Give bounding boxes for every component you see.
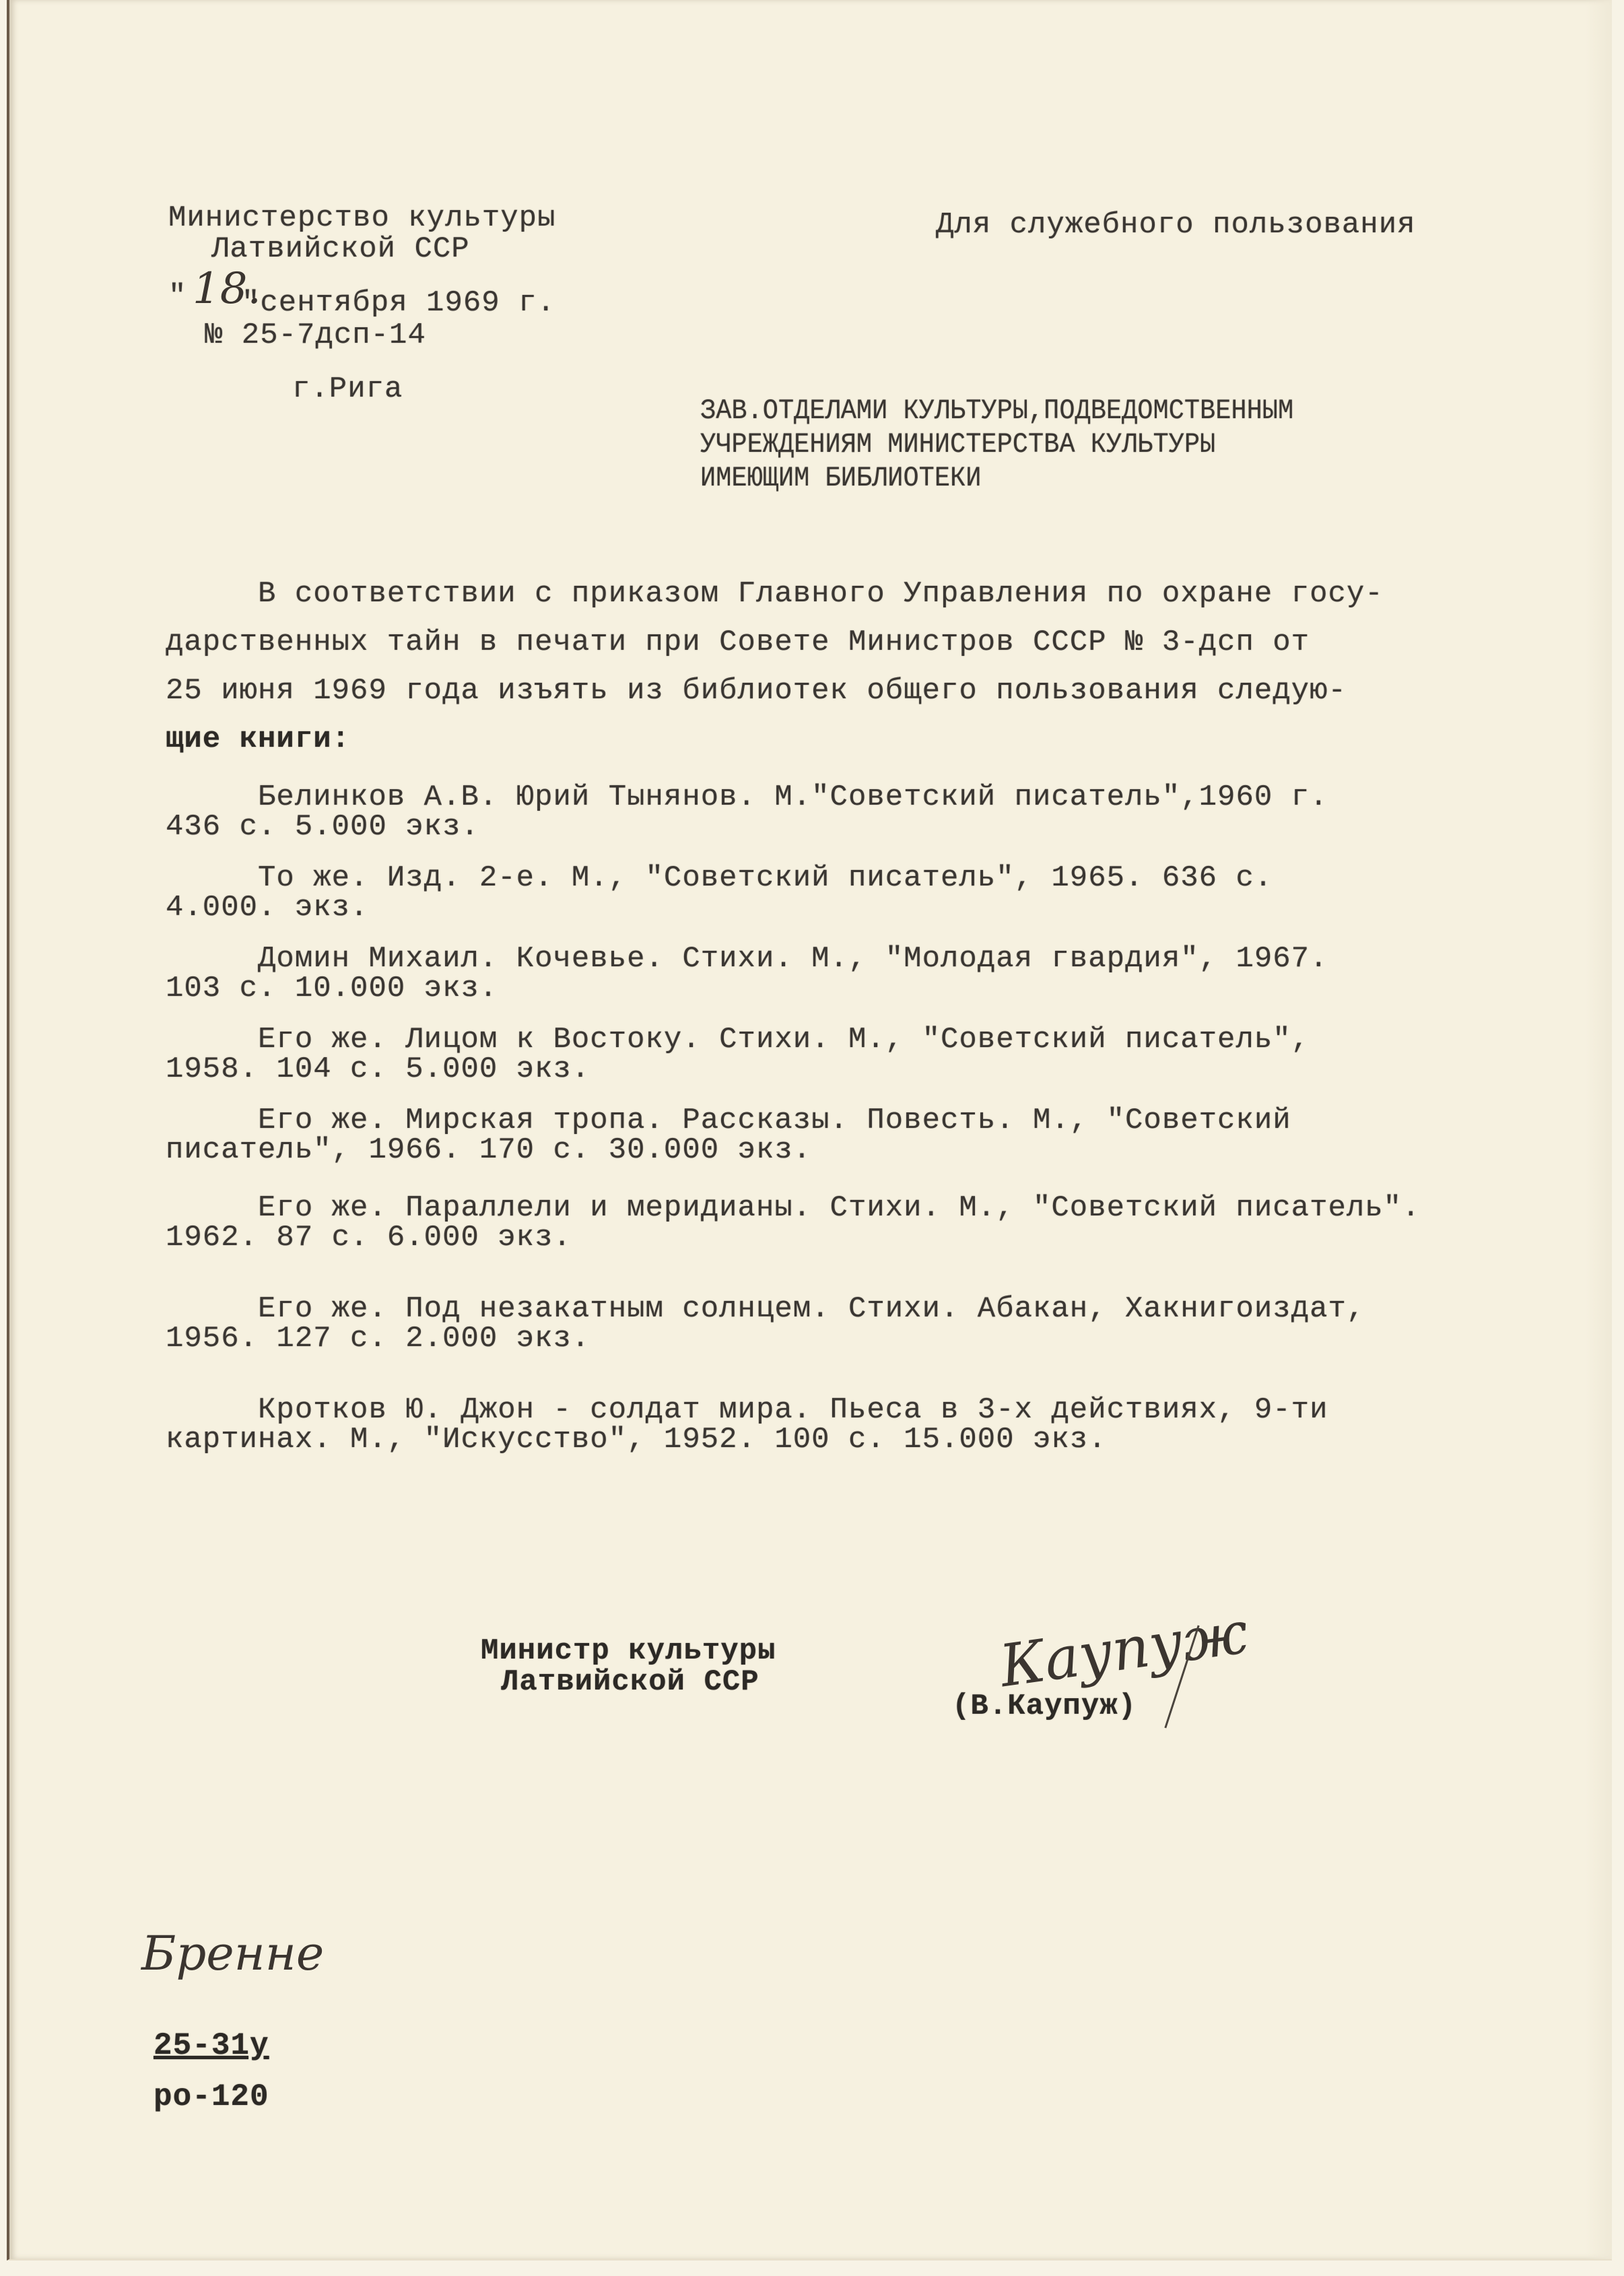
intro-line3: 25 июня 1969 года изъять из библиотек об… (166, 672, 1347, 710)
classification-stamp: Для служебного пользования (936, 206, 1416, 244)
book-line: писатель", 1966. 170 с. 30.000 экз. (166, 1131, 811, 1169)
document-page: Министерство культуры Латвийской ССР " 1… (7, 0, 1612, 2261)
document-number: № 25-7дсп-14 (205, 316, 426, 354)
intro-line4: щие книги: (166, 721, 350, 758)
footer-code-line2: ро-120 (154, 2078, 269, 2116)
date-open-quote: " (168, 277, 187, 315)
book-line: 1956. 127 с. 2.000 экз. (166, 1320, 590, 1358)
intro-line2: дарственных тайн в печати при Совете Мин… (166, 624, 1310, 661)
addressee-line1: ЗАВ.ОТДЕЛАМИ КУЛЬТУРЫ,ПОДВЕДОМСТВЕННЫМ (700, 393, 1293, 428)
handwritten-note: Бренне (141, 1926, 324, 1981)
book-line: 103 с. 10.000 экз. (166, 970, 498, 1007)
book-line: 1958. 104 с. 5.000 экз. (166, 1050, 590, 1088)
intro-line1: В соответствии с приказом Главного Управ… (166, 575, 1384, 613)
addressee-line2: УЧРЕЖДЕНИЯМ МИНИСТЕРСТВА КУЛЬТУРЫ (700, 427, 1215, 462)
org-name-line2: Латвийской ССР (211, 230, 470, 268)
book-line: 4.000. экз. (166, 889, 368, 927)
addressee-line3: ИМЕЮЩИМ БИБЛИОТЕКИ (700, 461, 981, 496)
handwritten-signature: Каупуж (996, 1599, 1252, 1701)
signatory-title-line2: Латвийской ССР (501, 1663, 759, 1701)
signatory-name: (В.Каупуж) (952, 1687, 1137, 1725)
footer-code-line1: 25-31у (154, 2027, 269, 2065)
book-line: 1962. 87 с. 6.000 экз. (166, 1219, 572, 1257)
city: г.Рига (292, 370, 403, 408)
book-line: 436 с. 5.000 экз. (166, 808, 479, 846)
book-line: картинах. М., "Искусство", 1952. 100 с. … (166, 1421, 1107, 1459)
